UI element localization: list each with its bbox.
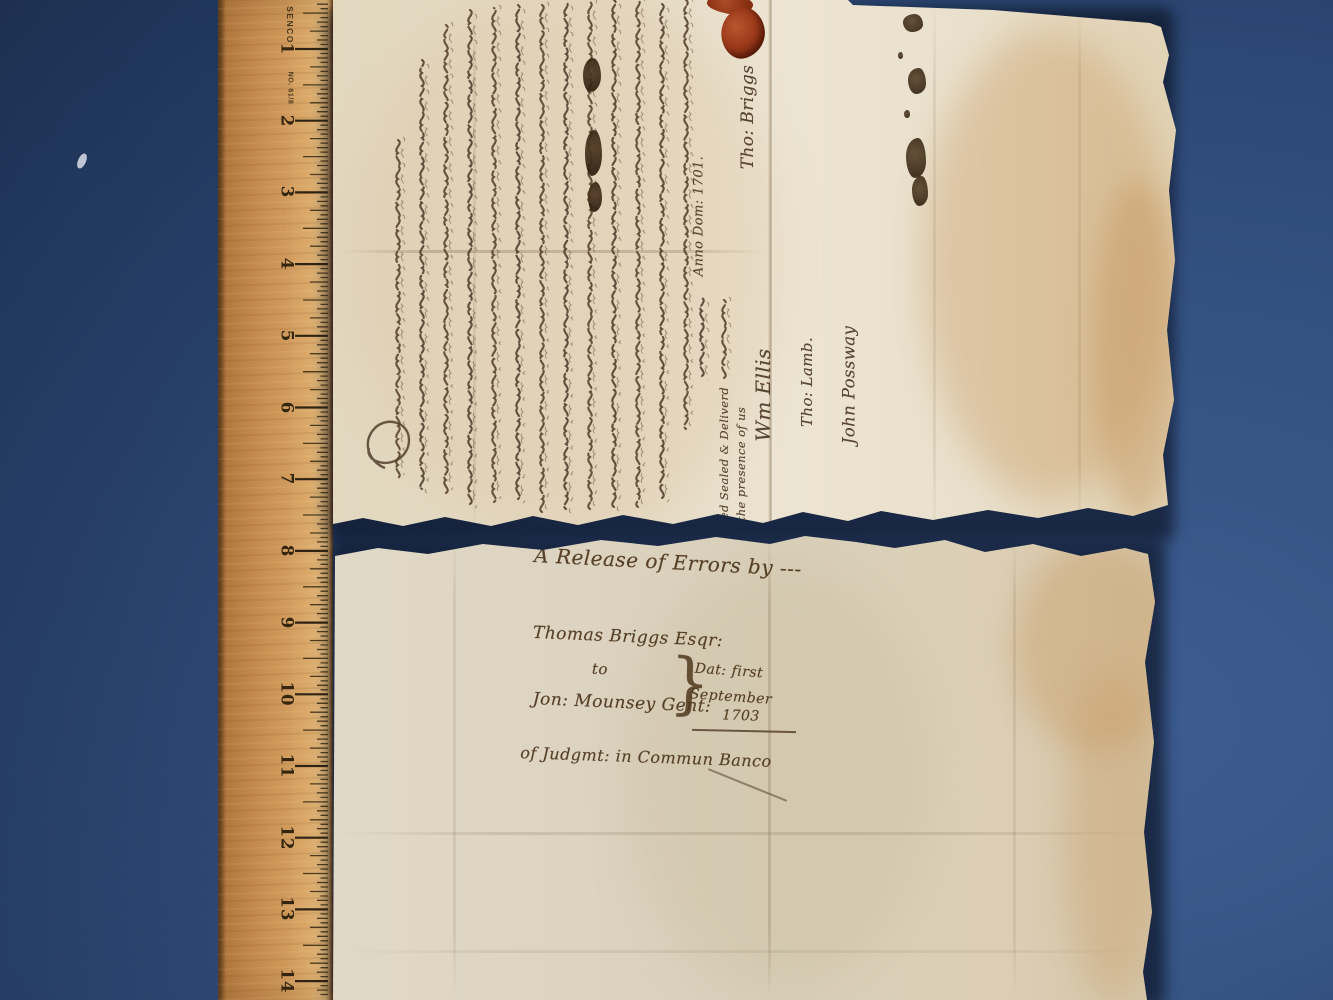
handwriting-line [612, 0, 615, 507]
upper-document: Tho: Briggs Anno Dom: 1701. Signed Seale… [333, 0, 1179, 540]
ink-speck [904, 110, 910, 118]
ink-blot [583, 58, 601, 92]
endorsement-title: A Release of Errors by --- [534, 543, 803, 581]
ink-spot [903, 14, 923, 32]
fold-crease [768, 0, 774, 540]
ruler: SENCO NO. 61/8 1234567891011121314 [218, 0, 333, 1000]
handwriting-hairline [449, 22, 452, 490]
ruler-number: 8 [278, 545, 297, 557]
crease [1078, 0, 1081, 540]
ruler-number: 6 [278, 401, 297, 413]
endorsement-connector: to [592, 660, 609, 679]
handwriting-line [396, 140, 399, 478]
witness-signature-lamb: Tho: Lamb. [798, 337, 816, 427]
endorsement-court-note: of Judgmt: in Commun Banco [520, 743, 772, 771]
handwriting-hairline [727, 297, 730, 375]
pen-flourish [708, 768, 788, 802]
handwriting-hairline [665, 8, 668, 502]
endorsement-brace: } [668, 644, 712, 723]
signature-tho-briggs: Tho: Briggs [738, 65, 758, 170]
ruler-ticks [218, 0, 333, 1000]
ruler-number: 2 [278, 114, 297, 126]
handwriting-line [444, 25, 447, 493]
paper-stain [923, 30, 1173, 500]
crease [453, 532, 456, 1000]
ruler-number: 9 [278, 616, 297, 628]
handwriting-hairline [401, 137, 404, 475]
handwriting-hairline [545, 2, 548, 509]
crease [333, 950, 1159, 953]
crease [933, 0, 936, 540]
ink-blot [588, 182, 602, 212]
ruler-number: 14 [278, 969, 297, 994]
handwriting-line [722, 300, 725, 378]
ruler-number: 5 [278, 330, 297, 342]
ruler-number: 3 [278, 186, 297, 198]
handwriting-line [636, 0, 639, 507]
lower-document: A Release of Errors by --- Thomas Briggs… [333, 532, 1159, 1000]
ink-speck [898, 52, 903, 59]
opening-flourish [368, 422, 409, 468]
handwriting-line [564, 2, 567, 509]
paper-stain [623, 562, 933, 992]
handwriting-hairline [521, 9, 524, 503]
handwriting-line [684, 0, 687, 429]
ink-spot [906, 138, 926, 178]
ruler-number: 11 [278, 754, 297, 779]
handwriting-line [468, 10, 471, 504]
crease [333, 832, 1159, 835]
handwriting-hairline [617, 4, 620, 511]
handwriting-line [540, 5, 543, 512]
ink-spot [912, 176, 928, 206]
ruler-number: 12 [278, 825, 297, 850]
date-anno-dom-1701: Anno Dom: 1701. [692, 156, 707, 276]
handwriting-line [420, 60, 423, 489]
ruler-number: 7 [278, 473, 297, 485]
crease [473, 0, 476, 540]
ruler-number: 1 [278, 43, 297, 55]
witness-signature-ellis: Wm Ellis [751, 348, 775, 441]
ruler-number: 13 [278, 897, 297, 922]
ruler-number: 10 [278, 682, 297, 707]
handwriting-line [492, 8, 495, 502]
ink-spot [908, 68, 926, 94]
handwriting-line [700, 298, 703, 376]
endorsement-date-year: 1703 [722, 707, 760, 724]
ink-blot [585, 130, 602, 176]
endorsement-underline [692, 729, 796, 733]
crease [1013, 532, 1016, 1000]
ruler-number: 4 [278, 258, 297, 270]
handwriting-hairline [569, 6, 572, 513]
dust-speck [75, 152, 89, 170]
handwriting-hairline [425, 64, 428, 493]
handwriting-hairline [705, 302, 708, 380]
photo-of-manuscript: SENCO NO. 61/8 1234567891011121314 Tho: … [0, 0, 1333, 1000]
witness-signature-possway: John Possway [840, 326, 859, 444]
